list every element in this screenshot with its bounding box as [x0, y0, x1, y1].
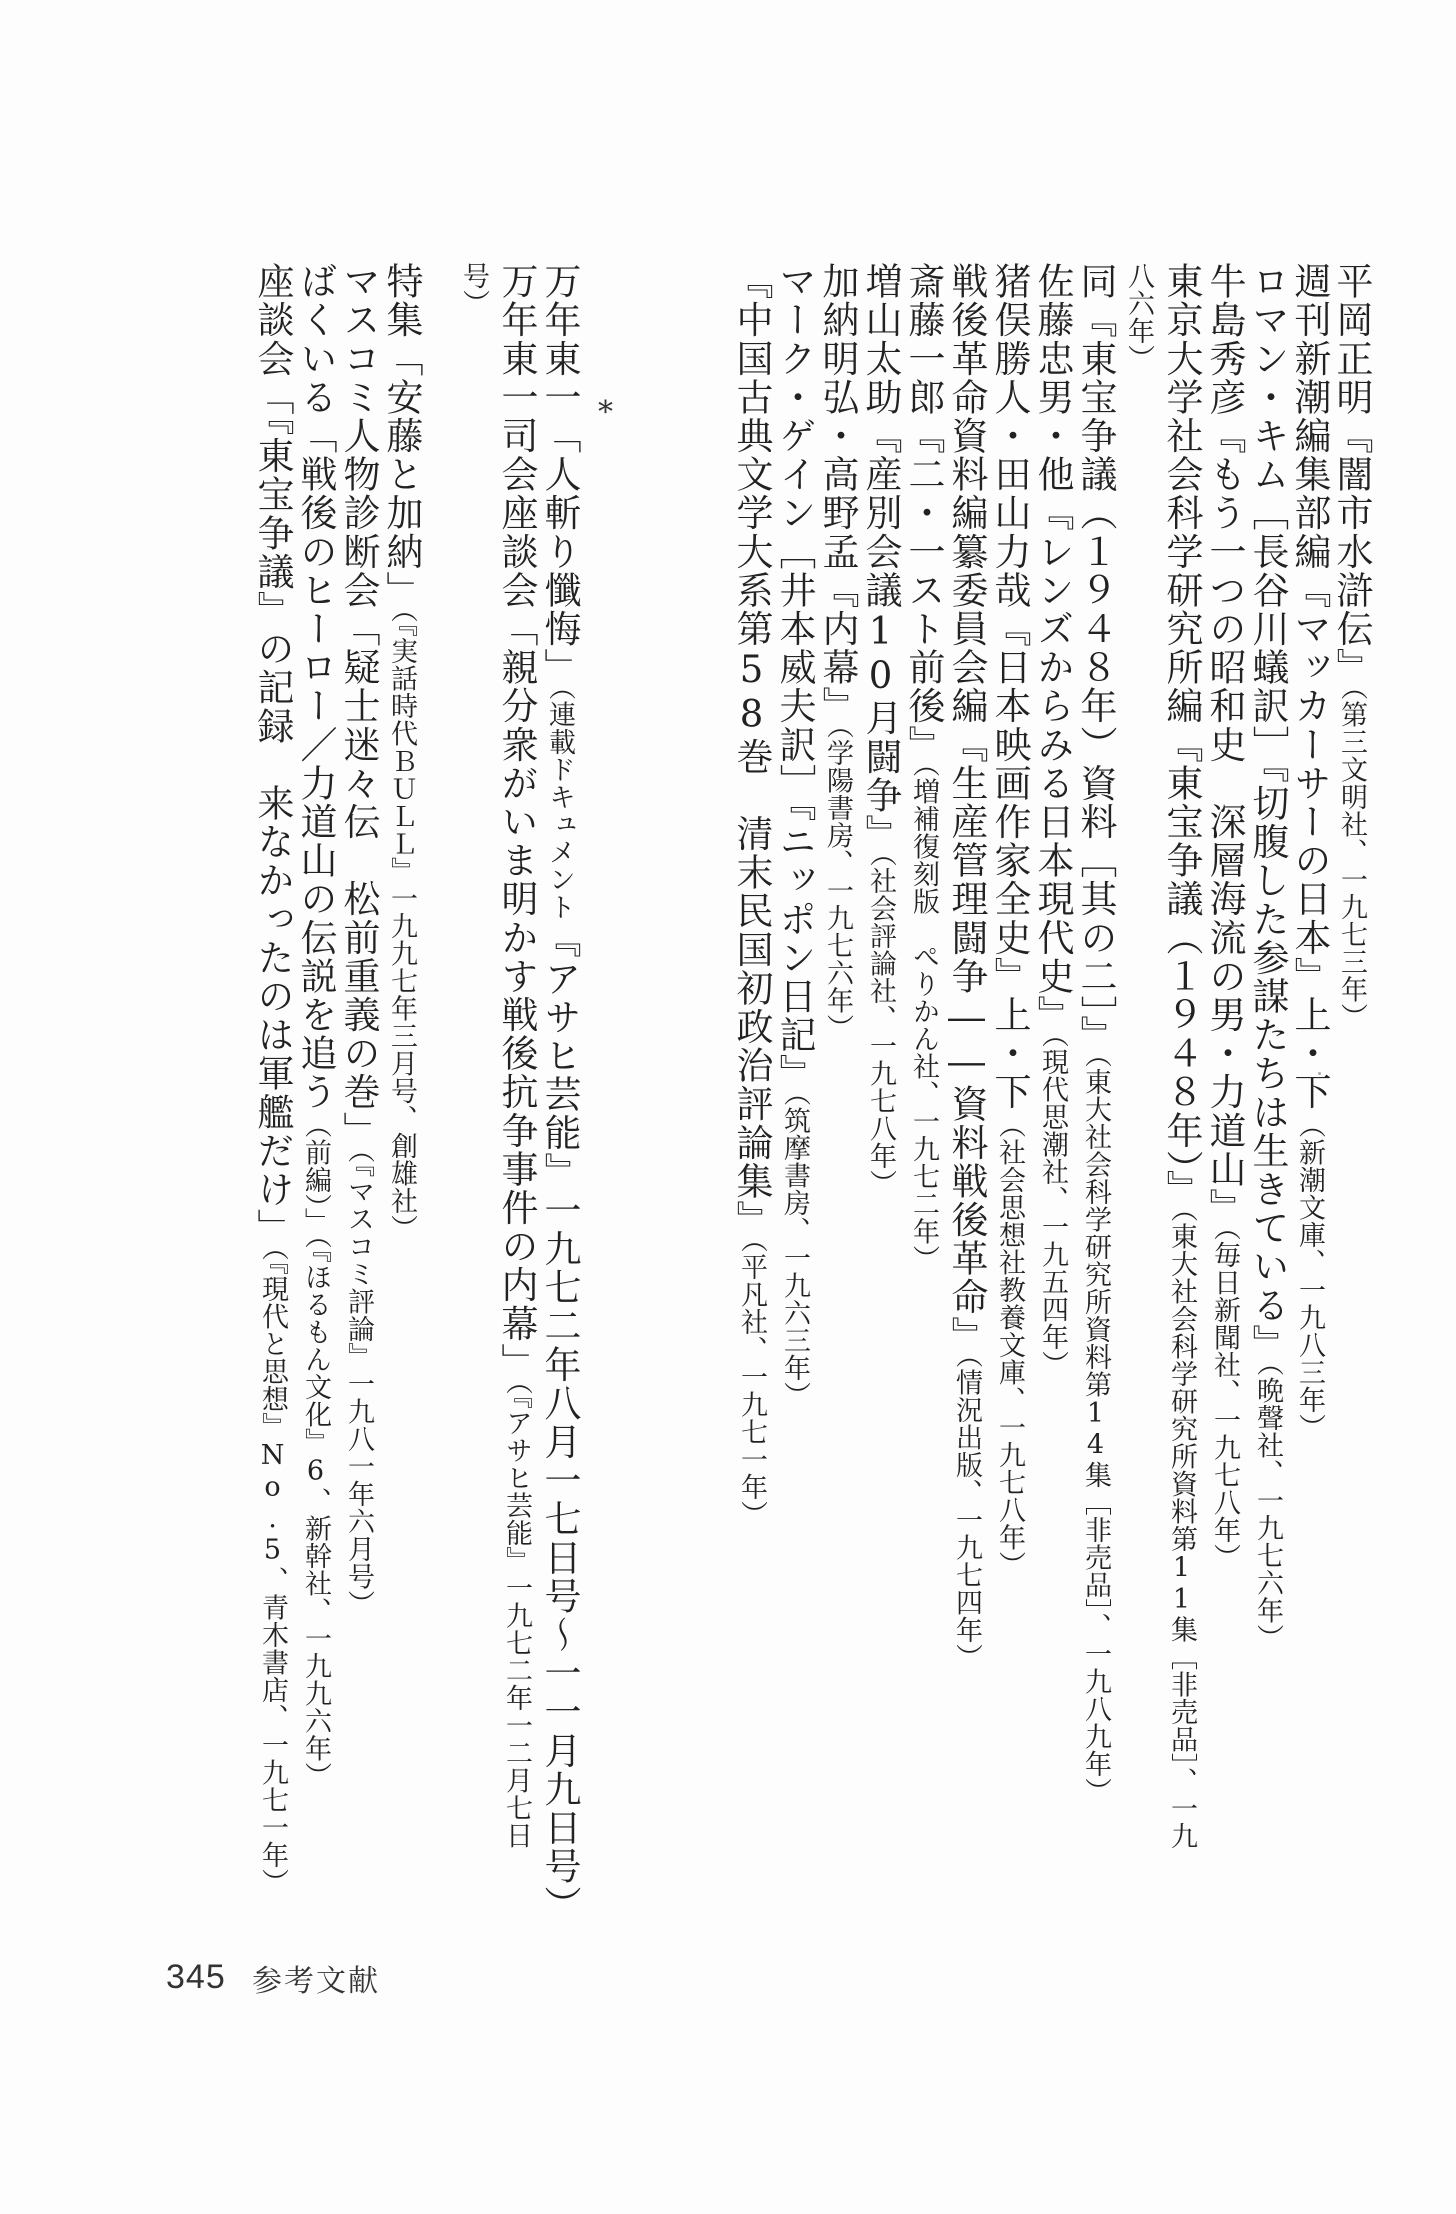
- entry-title: 万年東一司会座談会「親分衆がいま明かす戦後抗争事件の内幕」: [495, 262, 538, 1381]
- entry-source: 」（『ほるもん文化』6、新幹社、一九九六年）: [300, 1208, 331, 1790]
- article-entry-mannen-1: 万年東一「人斬り懺悔」（連載ドキュメント『アサヒ芸能』一九七二年八月一七日号～一…: [538, 262, 581, 1924]
- entry-publisher: （増補復刻版 ぺりかん社、一九七二年）: [908, 764, 939, 1273]
- entry-source: 号）: [458, 262, 489, 317]
- entry-title: 特集「安藤と加納」: [380, 262, 423, 609]
- entry-note: （前編）: [300, 1111, 331, 1208]
- entry-title: 牛島秀彦『もう一つの昭和史 深層海流の男・力道山』: [1203, 262, 1246, 1227]
- entry-publisher: （平凡社、一九七一年）: [736, 1239, 767, 1528]
- bib-entry-sato: 佐藤忠男・他『レンズからみる日本現代史』（現代思潮社、一九五四年）: [1031, 262, 1074, 1378]
- book-page: 平岡正明『闇市水滸伝』（第三文明社、一九七三年） 週刊新潮編集部編『マッカーサー…: [0, 0, 1456, 2214]
- entry-title: 同『東宝争議（１９４８年）資料［其の二］』: [1074, 262, 1117, 1054]
- entry-title: 猪俣勝人・田山力哉『日本映画作家全史』上・下: [988, 262, 1031, 1111]
- bib-entry-chugoku-koten: 『中国古典文学大系第58巻 清末民国初政治評論集』（平凡社、一九七一年）: [730, 262, 773, 1528]
- entry-publisher: （社会思想社教養文庫、一九七八年）: [994, 1111, 1025, 1579]
- bib-entry-inomata: 猪俣勝人・田山力哉『日本映画作家全史』上・下（社会思想社教養文庫、一九七八年）: [988, 262, 1031, 1579]
- entry-source: （『実話時代ＢＵＬＬ』一九九七年三月号、創雄社）: [386, 609, 417, 1242]
- entry-title: 増山太助『産別会議10月闘争』: [859, 262, 902, 853]
- entry-title: 万年東一「人斬り懺悔」: [538, 262, 581, 687]
- scan-speck: [1318, 1072, 1321, 1075]
- bib-entry-saito: 斎藤一郎『二・一スト前後』（増補復刻版 ぺりかん社、一九七二年）: [902, 262, 945, 1273]
- article-entry-bakuiru: ばくいる「戦後のヒーロー／力道山の伝説を追う（前編）」（『ほるもん文化』6、新幹…: [294, 262, 337, 1790]
- entry-title: 座談会「『東宝争議』の記録 来なかったのは軍艦だけ」: [251, 262, 294, 1247]
- entry-title: マーク・ゲイン［井本威夫訳］『ニッポン日記』: [773, 262, 816, 1093]
- entry-source: （『アサヒ芸能』一九七二年一二月七日: [501, 1381, 532, 1849]
- entry-source: （『マスコミ評論』一九八一年六月号）: [343, 1150, 374, 1618]
- bib-entry-shukan-shincho: 週刊新潮編集部編『マッカーサーの日本』上・下（新潮文庫、一九八三年）: [1288, 262, 1331, 1441]
- page-number: 345: [166, 1958, 226, 1997]
- entry-publisher: （東大社会科学研究所資料第11集［非売品］、一九: [1166, 1209, 1197, 1850]
- entry-note: （連載ドキュメント: [544, 687, 575, 921]
- article-entry-zadankai: 座談会「『東宝争議』の記録 来なかったのは軍艦だけ」（『現代と思想』No.5、青…: [251, 262, 294, 1896]
- entry-title: 佐藤忠男・他『レンズからみる日本現代史』: [1031, 262, 1074, 1034]
- bib-entry-todai-11: 東京大学社会科学研究所編『東宝争議（１９４８年）』（東大社会科学研究所資料第11…: [1160, 262, 1203, 1850]
- entry-title: 平岡正明『闇市水滸伝』: [1330, 262, 1373, 687]
- article-entry-tokushu: 特集「安藤と加納」（『実話時代ＢＵＬＬ』一九九七年三月号、創雄社）: [380, 262, 423, 1242]
- article-entry-mannen-2: 万年東一司会座談会「親分衆がいま明かす戦後抗争事件の内幕」（『アサヒ芸能』一九七…: [495, 262, 538, 1849]
- entry-publisher: （晩聲社、一九七六年）: [1252, 1363, 1283, 1652]
- section-separator-asterisk: *: [598, 395, 613, 430]
- entry-title: 東京大学社会科学研究所編『東宝争議（１９４８年）』: [1160, 262, 1203, 1209]
- entry-publisher: （社会評論社、一九七八年）: [865, 853, 896, 1197]
- entry-title: 週刊新潮編集部編『マッカーサーの日本』上・下: [1288, 262, 1331, 1111]
- bib-entry-roman-kim: ロマン・キム［長谷川蟻訳］『切腹した参謀たちは生きている』（晩聲社、一九七六年）: [1246, 262, 1289, 1652]
- entry-title: ロマン・キム［長谷川蟻訳］『切腹した参謀たちは生きている』: [1246, 262, 1289, 1363]
- entry-title: 戦後革命資料編纂委員会編『生産管理闘争――資料戦後革命』: [945, 262, 988, 1355]
- article-entry-masukomi: マスコミ人物診断会「疑士迷々伝 松前重義の巻」（『マスコミ評論』一九八一年六月号…: [337, 262, 380, 1618]
- entry-title: マスコミ人物診断会「疑士迷々伝 松前重義の巻」: [337, 262, 380, 1150]
- entry-title: 『中国古典文学大系第58巻 清末民国初政治評論集』: [730, 262, 773, 1239]
- bib-entry-hiraoka: 平岡正明『闇市水滸伝』（第三文明社、一九七三年）: [1330, 262, 1373, 1031]
- entry-publisher: （新潮文庫、一九八三年）: [1294, 1111, 1325, 1441]
- entry-title: 加納明弘・高野孟『内幕』: [816, 262, 859, 725]
- running-footer-title: 参考文献: [252, 1956, 380, 2000]
- entry-source: 『アサヒ芸能』一九七二年八月一七日号～一一月九日号）: [538, 921, 581, 1925]
- entry-publisher: （第三文明社、一九七三年）: [1336, 687, 1367, 1031]
- entry-publisher: （学陽書房、一九七六年）: [822, 725, 853, 1042]
- bib-entry-todai-14: 同『東宝争議（１９４８年）資料［其の二］』（東大社会科学研究所資料第14集［非売…: [1074, 262, 1117, 1805]
- entry-publisher: 八六年）: [1123, 262, 1154, 372]
- bib-entry-sengo-kakumei: 戦後革命資料編纂委員会編『生産管理闘争――資料戦後革命』（情況出版、一九七四年）: [945, 262, 988, 1671]
- bib-entry-ushijima: 牛島秀彦『もう一つの昭和史 深層海流の男・力道山』（毎日新聞社、一九七八年）: [1203, 262, 1246, 1571]
- entry-publisher: （毎日新聞社、一九七八年）: [1209, 1227, 1240, 1571]
- bib-entry-masuyama: 増山太助『産別会議10月闘争』（社会評論社、一九七八年）: [859, 262, 902, 1197]
- bib-entry-mark-gayn: マーク・ゲイン［井本威夫訳］『ニッポン日記』（筑摩書房、一九六三年）: [773, 262, 816, 1409]
- entry-publisher: （東大社会科学研究所資料第14集［非売品］、一九八九年）: [1080, 1054, 1111, 1805]
- entry-publisher: （現代思潮社、一九五四年）: [1037, 1034, 1068, 1378]
- entry-publisher: （情況出版、一九七四年）: [951, 1355, 982, 1672]
- bib-entry-todai-11-continuation: 八六年）: [1117, 262, 1160, 372]
- entry-source: （『現代と思想』No.5、青木書店、一九七一年）: [257, 1247, 288, 1896]
- entry-title: 斎藤一郎『二・一スト前後』: [902, 262, 945, 764]
- article-entry-mannen-2-continuation: 号）: [452, 262, 495, 317]
- entry-publisher: （筑摩書房、一九六三年）: [779, 1093, 810, 1410]
- entry-title: ばくいる「戦後のヒーロー／力道山の伝説を追う: [294, 262, 337, 1111]
- bib-entry-kano: 加納明弘・高野孟『内幕』（学陽書房、一九七六年）: [816, 262, 859, 1042]
